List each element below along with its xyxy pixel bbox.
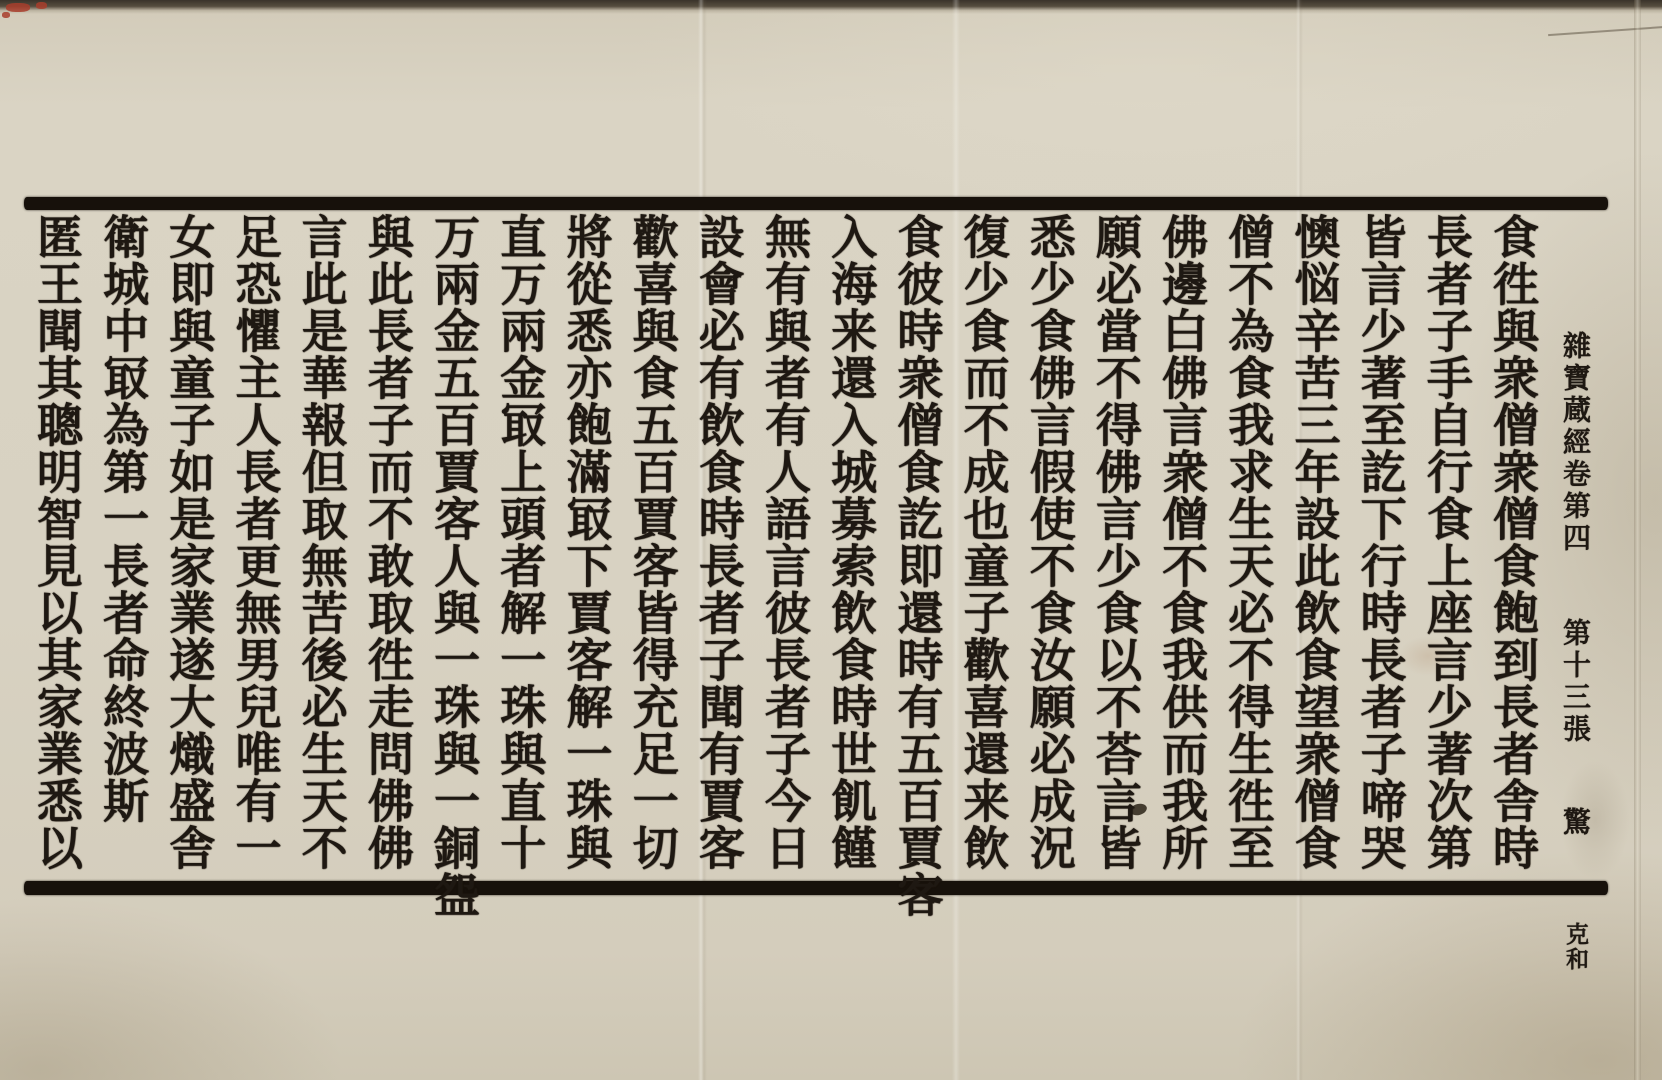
scroll-paper: 雜寶蔵經卷第四 第十三張 驚 克和 食徃與衆僧衆僧食飽到長者舎時 長者子手自行食… xyxy=(0,0,1662,1080)
text-column: 入海来還入城募索飲食時世飢饉 xyxy=(818,213,884,876)
text-column: 歡喜與食五百賈客皆得充足一切 xyxy=(619,213,685,876)
paper-tear-line xyxy=(1548,26,1662,36)
text-column: 願必當不得佛言少食以不荅言皆 xyxy=(1083,213,1149,876)
text-column: 長者子手自行食上座言少著次第 xyxy=(1414,213,1480,876)
top-border-rule xyxy=(24,197,1608,210)
printed-text-block: 雜寶蔵經卷第四 第十三張 驚 克和 食徃與衆僧衆僧食飽到長者舎時 長者子手自行食… xyxy=(24,197,1608,895)
text-column: 食彼時衆僧食訖即還時有五百賈客 xyxy=(884,213,950,876)
red-mark xyxy=(36,2,47,9)
text-column: 言此是華報但取無苦後必生天不 xyxy=(288,213,354,876)
text-column: 悉少食佛言假使不食汝願必成況 xyxy=(1017,213,1083,876)
text-column: 万兩金五百賈客人與一珠與一銅盌 xyxy=(421,213,487,876)
paper-crease xyxy=(1634,0,1641,1080)
text-column: 無有與者有人語言彼長者子今日 xyxy=(752,213,818,876)
text-column: 僧不為食我求生天必不得生徃至 xyxy=(1215,213,1281,876)
text-column: 設會必有飲食時長者子聞有賈客 xyxy=(686,213,752,876)
text-column: 與此長者子而不敢取徃走問佛佛 xyxy=(355,213,421,876)
sutra-title: 雜寶蔵經卷第四 xyxy=(1559,331,1592,555)
carver-name: 克和 xyxy=(1562,922,1589,972)
colophon-column: 雜寶蔵經卷第四 第十三張 驚 克和 xyxy=(1546,213,1604,876)
scroll-top-edge xyxy=(0,0,1662,14)
red-mark xyxy=(2,12,10,18)
text-column: 女即與童子如是家業遂大熾盛舎 xyxy=(156,213,222,876)
text-columns: 雜寶蔵經卷第四 第十三張 驚 克和 食徃與衆僧衆僧食飽到長者舎時 長者子手自行食… xyxy=(28,213,1604,876)
text-column: 衛城中冣為第一長者命終波斯 xyxy=(90,213,156,876)
text-column: 懊悩辛苦三年設此飲食望衆僧食 xyxy=(1281,213,1347,876)
case-mark: 驚 xyxy=(1559,807,1592,839)
sheet-number: 第十三張 xyxy=(1559,618,1592,746)
text-column: 皆言少著至訖下行時長者子啼哭 xyxy=(1347,213,1413,876)
bottom-border-rule xyxy=(24,881,1608,895)
text-column: 復少食而不成也童子歡喜還来飲 xyxy=(950,213,1016,876)
red-mark xyxy=(6,3,30,12)
text-column: 佛邊白佛言衆僧不食我供而我所 xyxy=(1149,213,1215,876)
text-column: 直万兩金冣上頭者解一珠與直十 xyxy=(487,213,553,876)
text-column: 食徃與衆僧衆僧食飽到長者舎時 xyxy=(1480,213,1546,876)
text-column: 足恐懼主人長者更無男兒唯有一 xyxy=(222,213,288,876)
text-column: 匿王聞其聰明智見以其家業悉以 xyxy=(24,213,90,876)
text-column: 將從悉亦飽滿冣下賈客解一珠與 xyxy=(553,213,619,876)
